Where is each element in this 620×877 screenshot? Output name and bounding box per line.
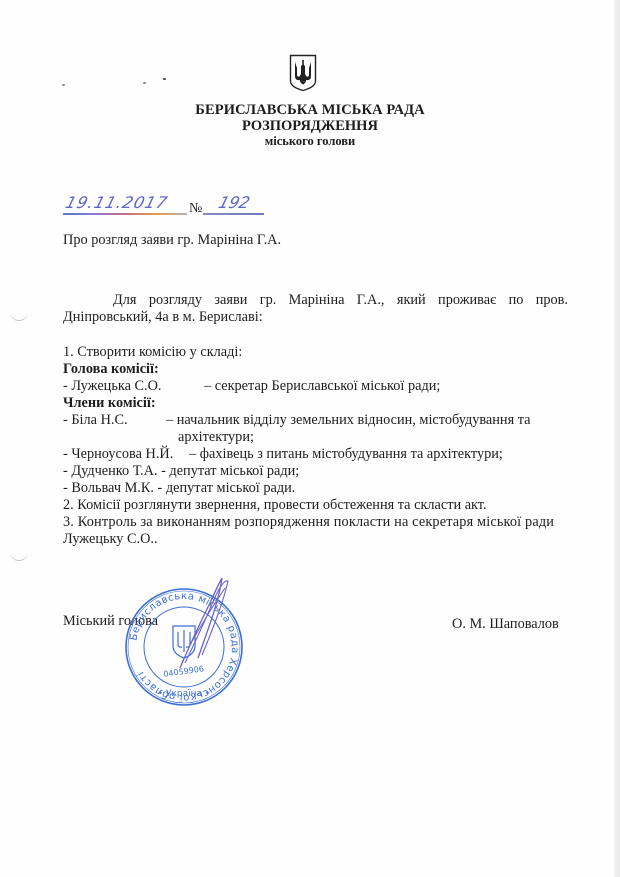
punch-hole-mark	[10, 308, 28, 321]
chair-role: – секретар Бериславської міської ради;	[204, 378, 440, 395]
document-subject: Про розгляд заяви гр. Марініна Г.А.	[63, 232, 281, 249]
page-edge-shadow	[614, 0, 620, 877]
member-role: – начальник відділу земельних відносин, …	[166, 412, 531, 429]
date-underline	[63, 213, 187, 215]
document-page: БЕРИСЛАВСЬКА МІСЬКА РАДА РОЗПОРЯДЖЕННЯ м…	[0, 0, 620, 877]
number-label: №	[189, 201, 202, 217]
issuer: міського голови	[70, 134, 550, 149]
member-role: – фахівець з питань містобудування та ар…	[189, 446, 503, 463]
chair-name: - Лужецька С.О.	[63, 378, 162, 395]
number-underline	[203, 213, 264, 215]
member-line: - Дудченко Т.А. - депутат міської ради;	[63, 463, 299, 480]
item-1: 1. Створити комісію у складі:	[63, 344, 242, 361]
scan-speck	[62, 84, 65, 86]
member-name: - Біла Н.С.	[63, 412, 128, 429]
document-type: РОЗПОРЯДЖЕННЯ	[70, 118, 550, 135]
item-3: 3. Контроль за виконанням розпорядження …	[63, 514, 568, 531]
item-3-cont: Лужецьку С.О..	[63, 531, 158, 548]
chair-heading: Голова комісії:	[63, 361, 159, 378]
item-2: 2. Комісії розглянути звернення, провест…	[63, 497, 487, 514]
member-line: - Вольвач М.К. - депутат міської ради.	[63, 480, 295, 497]
member-name: - Черноусова Н.Й.	[63, 446, 173, 463]
organization-title: БЕРИСЛАВСЬКА МІСЬКА РАДА	[70, 102, 550, 119]
handwritten-number: 192	[216, 193, 252, 212]
punch-hole-mark	[10, 548, 28, 561]
scan-speck	[163, 78, 166, 80]
coat-of-arms-icon	[289, 54, 317, 92]
handwritten-signature	[150, 573, 250, 673]
scan-speck	[143, 82, 146, 84]
member-role-cont: архітектури;	[178, 429, 254, 446]
signatory-name: О. М. Шаповалов	[452, 616, 559, 633]
handwritten-date: 19.11.2017	[63, 193, 170, 212]
svg-text:• Україна •: • Україна •	[158, 689, 210, 699]
members-heading: Члени комісії:	[63, 395, 156, 412]
intro-paragraph: Для розгляду заяви гр. Марініна Г.А., як…	[63, 292, 568, 326]
